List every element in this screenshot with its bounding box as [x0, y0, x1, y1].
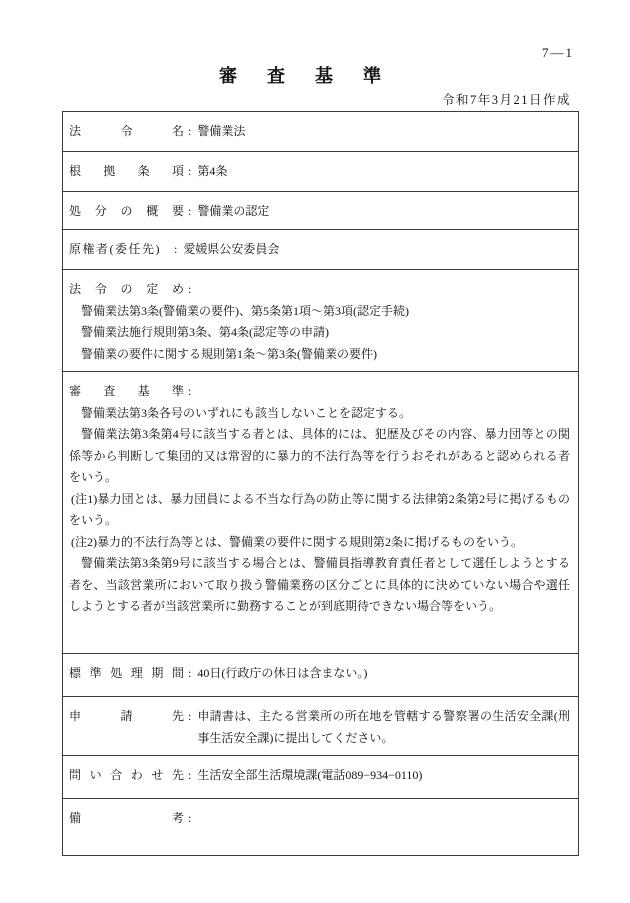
criteria-paragraph: 警備業法第3条第4号に該当する者とは、具体的には、犯歴及びその内容、暴力団等との…: [69, 424, 570, 489]
row-label: 審 査 基 準: [69, 381, 184, 403]
row-remarks: 備 考:: [63, 799, 578, 855]
row-label: 問 い 合 わ せ 先: [69, 765, 184, 787]
row-value: 警備業の認定: [197, 201, 570, 223]
document-title: 審査基準: [0, 62, 630, 88]
criteria-table: 法 令 名:警備業法 根 拠 条 項:第4条 処 分 の 概 要:警備業の認定 …: [62, 111, 579, 856]
label-colon: :: [184, 279, 197, 301]
row-label: 備 考: [69, 808, 184, 830]
row-label: 標 準 処 理 期 間: [69, 663, 184, 685]
row-label: 処 分 の 概 要: [69, 201, 184, 223]
label-colon: :: [161, 239, 183, 261]
creation-date: 令和7年3月21日作成: [442, 90, 571, 108]
label-colon: :: [184, 201, 197, 223]
row-review-criteria: 審 査 基 準: 警備業法第3条各号のいずれにも該当しないことを認定する。 警備…: [63, 372, 578, 654]
page-number: 7—1: [542, 45, 574, 61]
row-label: 法 令 名: [69, 121, 184, 143]
provision-line: 警備業の要件に関する規則第1条〜第3条(警備業の要件): [69, 344, 570, 366]
row-inquiries: 問 い 合 わ せ 先:生活安全部生活環境課(電話089−934−0110): [63, 756, 578, 799]
label-colon: :: [184, 808, 197, 830]
row-value: 第4条: [197, 161, 570, 183]
row-value: 40日(行政庁の休日は含まない。): [197, 663, 570, 685]
row-value: 警備業法: [197, 121, 570, 143]
label-colon: :: [184, 706, 197, 728]
document-page: { "page": { "number": "7—1", "title": "審…: [0, 0, 630, 903]
row-value: 愛媛県公安委員会: [183, 239, 570, 261]
row-legal-provisions: 法 令 の 定 め: 警備業法第3条(警備業の要件)、第5条第1項〜第3項(認定…: [63, 270, 578, 372]
row-law-name: 法 令 名:警備業法: [63, 112, 578, 152]
row-value: 申請書は、主たる営業所の所在地を管轄する警察署の生活安全課(刑事生活安全課)に提…: [197, 706, 570, 749]
provision-line: 警備業法第3条(警備業の要件)、第5条第1項〜第3項(認定手続): [69, 301, 570, 323]
row-disposition-summary: 処 分 の 概 要:警備業の認定: [63, 192, 578, 230]
provision-line: 警備業法施行規則第3条、第4条(認定等の申請): [69, 322, 570, 344]
label-colon: :: [184, 381, 197, 403]
criteria-paragraph: 警備業法第3条第9号に該当する場合とは、警備員指導教育責任者として選任しようとす…: [69, 553, 570, 618]
row-label: 根 拠 条 項: [69, 161, 184, 183]
row-label: 申 請 先: [69, 706, 184, 728]
label-colon: :: [184, 663, 197, 685]
criteria-paragraph: 警備業法第3条各号のいずれにも該当しないことを認定する。: [69, 403, 570, 425]
label-colon: :: [184, 121, 197, 143]
criteria-note: (注2)暴力的不法行為等とは、警備業の要件に関する規則第2条に掲げるものをいう。: [69, 532, 570, 554]
row-standard-processing-period: 標 準 処 理 期 間:40日(行政庁の休日は含まない。): [63, 654, 578, 697]
row-label: 法 令 の 定 め: [69, 279, 184, 301]
label-colon: :: [184, 765, 197, 787]
label-colon: :: [184, 161, 197, 183]
row-original-authority: 原権者(委任先):愛媛県公安委員会: [63, 230, 578, 270]
row-application-to: 申 請 先:申請書は、主たる営業所の所在地を管轄する警察署の生活安全課(刑事生活…: [63, 697, 578, 756]
row-label: 原権者(委任先): [69, 239, 161, 261]
criteria-note: (注1)暴力団とは、暴力団員による不当な行為の防止等に関する法律第2条第2号に掲…: [69, 489, 570, 532]
row-basis-article: 根 拠 条 項:第4条: [63, 152, 578, 192]
row-value: 生活安全部生活環境課(電話089−934−0110): [197, 765, 570, 787]
